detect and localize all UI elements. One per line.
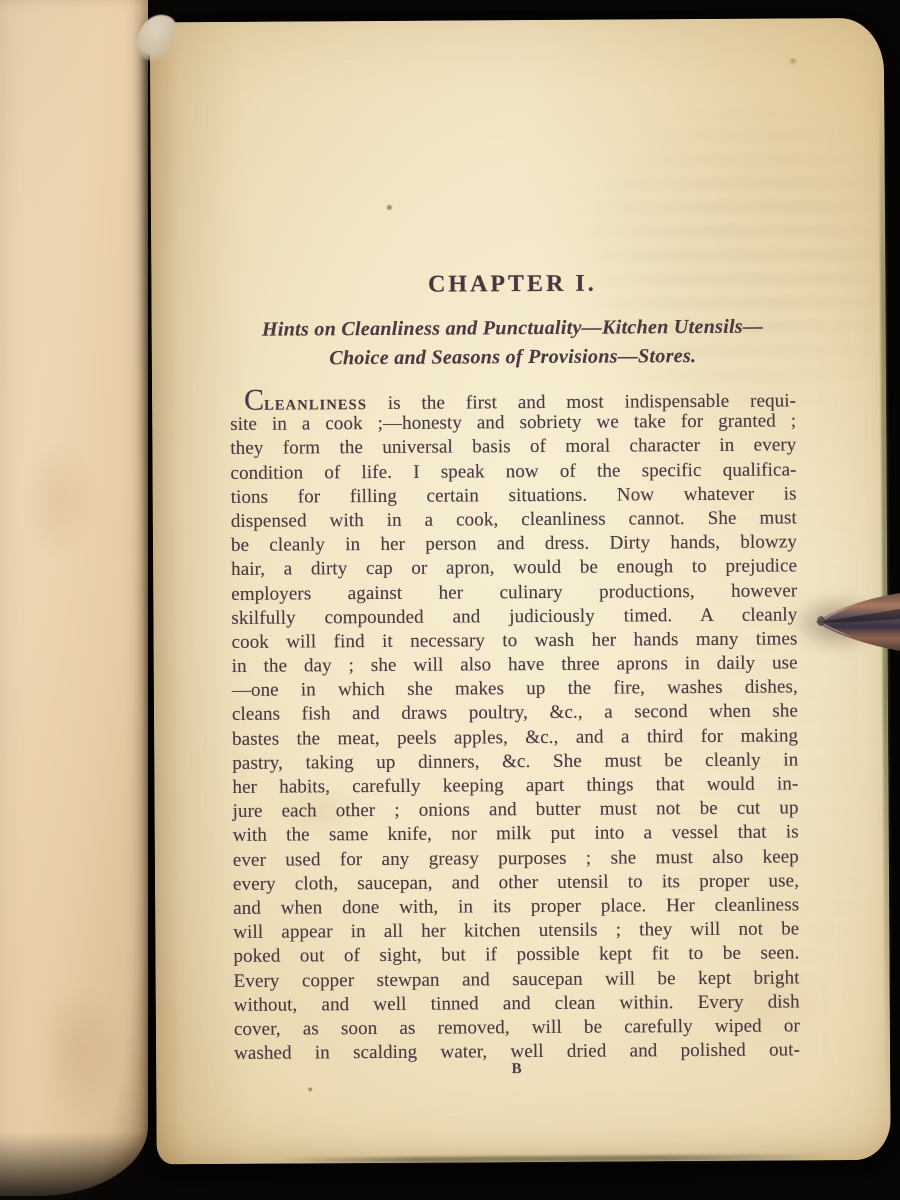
body-line: Every copper stewpan and saucepan will b… bbox=[234, 966, 800, 994]
body-line: and when done with, in its proper place.… bbox=[233, 893, 799, 921]
body-line: cleans fish and draws poultry, &c., a se… bbox=[232, 700, 798, 728]
body-line: skilfully compounded and judiciously tim… bbox=[231, 603, 797, 631]
body-line: dispensed with in a cook, cleanliness ca… bbox=[231, 506, 797, 534]
body-line: tions for filling certain situations. No… bbox=[231, 482, 797, 510]
body-line: jure each other ; onions and butter must… bbox=[233, 797, 799, 825]
body-line: cook will find it necessary to wash her … bbox=[231, 627, 797, 655]
book-photograph: CHAPTER I. Hints on Cleanliness and Punc… bbox=[0, 0, 900, 1200]
body-line: CLEANLINESS is the first and most indisp… bbox=[230, 385, 796, 413]
body-line: employers against her culinary productio… bbox=[231, 579, 797, 607]
body-line: with the same knife, nor milk put into a… bbox=[233, 821, 799, 849]
body-line: her habits, carefully keeping apart thin… bbox=[232, 772, 798, 800]
body-line: will appear in all her kitchen utensils … bbox=[233, 918, 799, 946]
lead-word-smallcaps: LEANLINESS bbox=[264, 397, 367, 414]
facing-page-edge bbox=[0, 0, 148, 1196]
body-line: every cloth, saucepan, and other utensil… bbox=[233, 869, 799, 897]
chapter-subtitle-line2: Choice and Seasons of Provisions—Stores. bbox=[216, 341, 810, 374]
body-line: site in a cook ;—honesty and sobriety we… bbox=[230, 410, 796, 438]
body-line: condition of life. I speak now of the sp… bbox=[230, 458, 796, 486]
body-line: —one in which she makes up the fire, was… bbox=[232, 676, 798, 704]
body-line: they form the universal basis of moral c… bbox=[230, 434, 796, 462]
body-line: be cleanly in her person and dress. Dirt… bbox=[231, 531, 797, 559]
body-line: in the day ; she will also have three ap… bbox=[232, 651, 798, 679]
chapter-heading: CHAPTER I. bbox=[229, 269, 795, 299]
paper-stain bbox=[35, 980, 125, 1120]
body-line: poked out of sight, but if possible kept… bbox=[233, 942, 799, 970]
body-line: pastry, taking up dinners, &c. She must … bbox=[232, 748, 798, 776]
drop-cap-initial: C bbox=[244, 384, 264, 417]
metal-clasp bbox=[812, 588, 900, 656]
body-line: ever used for any greasy purposes ; she … bbox=[233, 845, 799, 873]
paragraph-lines: site in a cook ;—honesty and sobriety we… bbox=[230, 410, 800, 1067]
body-line: hair, a dirty cap or apron, would be eno… bbox=[231, 555, 797, 583]
signature-mark: B bbox=[234, 1059, 800, 1079]
chapter-subtitle: Hints on Cleanliness and Punctuality—Kit… bbox=[216, 312, 810, 374]
book-page: CHAPTER I. Hints on Cleanliness and Punc… bbox=[150, 18, 891, 1164]
body-line: without, and well tinned and clean withi… bbox=[234, 990, 800, 1018]
chapter-subtitle-line1: Hints on Cleanliness and Punctuality—Kit… bbox=[216, 312, 810, 345]
body-line: cover, as soon as removed, will be caref… bbox=[234, 1014, 800, 1042]
paper-stain bbox=[20, 440, 100, 560]
body-line: bastes the meat, peels apples, &c., and … bbox=[232, 724, 798, 752]
opening-paragraph: CLEANLINESS is the first and most indisp… bbox=[230, 385, 800, 1066]
printed-content: CHAPTER I. Hints on Cleanliness and Punc… bbox=[228, 18, 801, 1163]
